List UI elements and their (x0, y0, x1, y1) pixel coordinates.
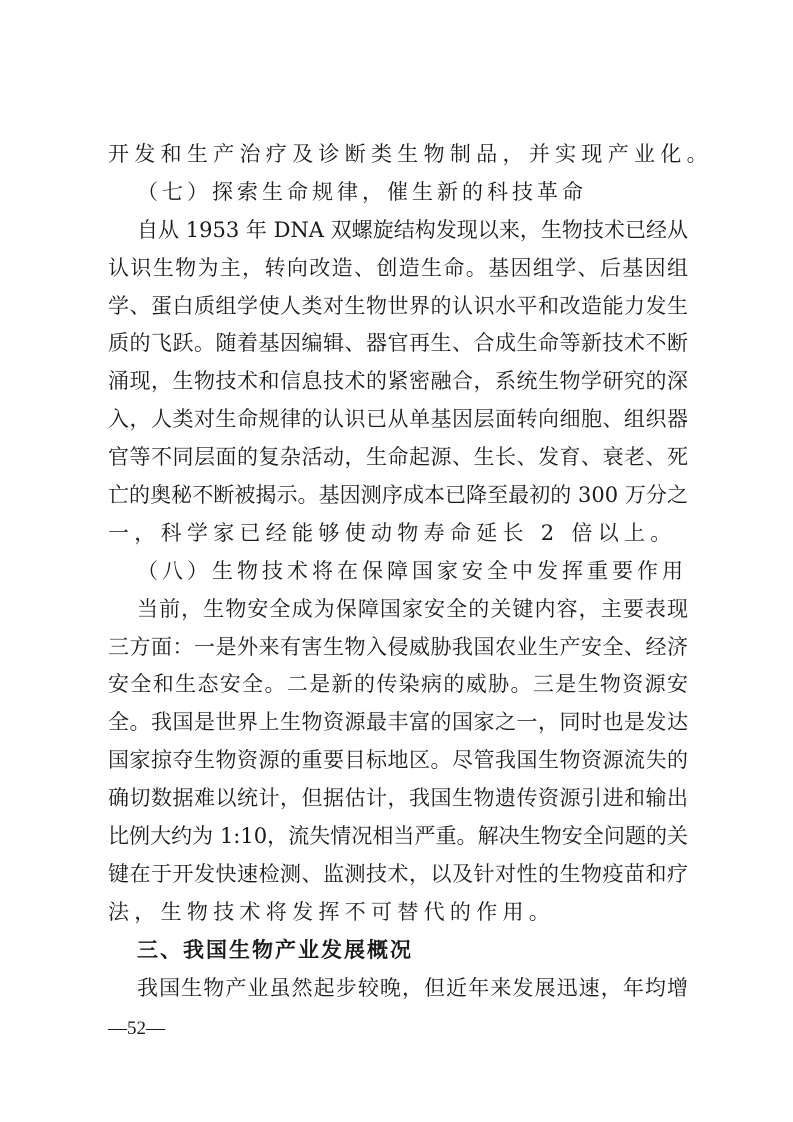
section-heading-3: 三、我国生物产业发展概况 (108, 932, 688, 970)
body-line: 法，生物技术将发挥不可替代的作用。 (108, 894, 688, 932)
body-line: 认识生物为主，转向改造、创造生命。基因组学、后基因组 (108, 250, 688, 288)
section-subheading-7: （七）探索生命规律，催生新的科技革命 (108, 174, 688, 212)
body-line: 三方面：一是外来有害生物入侵威胁我国农业生产安全、经济 (108, 629, 688, 667)
body-line: 国家掠夺生物资源的重要目标地区。尽管我国生物资源流失的 (108, 742, 688, 780)
body-line: 安全和生态安全。二是新的传染病的威胁。三是生物资源安 (108, 666, 688, 704)
paragraph-start-line: 我国生物产业虽然起步较晚，但近年来发展迅速，年均增 (108, 970, 688, 1008)
paragraph-start-line: 自从 1953 年 DNA 双螺旋结构发现以来，生物技术已经从 (108, 212, 688, 250)
document-page: 开发和生产治疗及诊断类生物制品，并实现产业化。 （七）探索生命规律，催生新的科技… (108, 136, 688, 1007)
body-line: 学、蛋白质组学使人类对生物世界的认识水平和改造能力发生 (108, 288, 688, 326)
body-line: 亡的奥秘不断被揭示。基因测序成本已降至最初的 300 万分之 (108, 477, 688, 515)
body-line: 全。我国是世界上生物资源最丰富的国家之一，同时也是发达 (108, 704, 688, 742)
body-line: 确切数据难以统计，但据估计，我国生物遗传资源引进和输出 (108, 780, 688, 818)
body-line: 比例大约为 1:10，流失情况相当严重。解决生物安全问题的关 (108, 818, 688, 856)
body-line: 开发和生产治疗及诊断类生物制品，并实现产业化。 (108, 136, 688, 174)
body-line: 键在于开发快速检测、监测技术，以及针对性的生物疫苗和疗 (108, 856, 688, 894)
body-line: 入，人类对生命规律的认识已从单基因层面转向细胞、组织器 (108, 401, 688, 439)
body-line: 涌现，生物技术和信息技术的紧密融合，系统生物学研究的深 (108, 363, 688, 401)
body-line: 质的飞跃。随着基因编辑、器官再生、合成生命等新技术不断 (108, 325, 688, 363)
body-line: 官等不同层面的复杂活动，生命起源、生长、发育、衰老、死 (108, 439, 688, 477)
paragraph-start-line: 当前，生物安全成为保障国家安全的关键内容，主要表现 (108, 591, 688, 629)
page-number: —52— (108, 1018, 165, 1040)
body-line: 一，科学家已经能够使动物寿命延长 2 倍以上。 (108, 515, 688, 553)
section-subheading-8: （八）生物技术将在保障国家安全中发挥重要作用 (108, 553, 688, 591)
